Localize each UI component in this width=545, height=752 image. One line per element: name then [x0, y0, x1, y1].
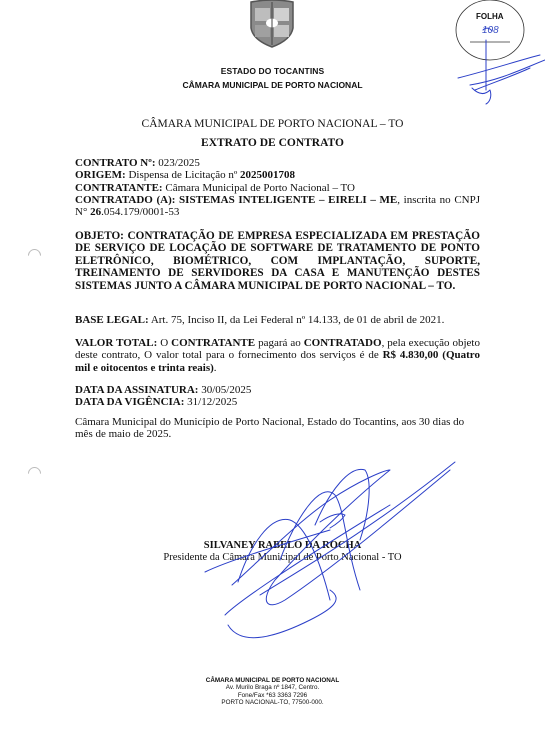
document-title: CÂMARA MUNICIPAL DE PORTO NACIONAL – TO [0, 118, 545, 130]
folha-number: 108 [482, 25, 499, 36]
signatory-role: Presidente da Câmara Municipal de Porto … [0, 552, 545, 563]
objeto-block: OBJETO: CONTRATAÇÃO DE EMPRESA ESPECIALI… [75, 230, 480, 292]
dates-block: DATA DA ASSINATURA: 30/05/2025 DATA DA V… [75, 384, 480, 409]
footer-address: CÂMARA MUNICIPAL DE PORTO NACIONAL Av. M… [0, 677, 545, 706]
valor-total-block: VALOR TOTAL: O CONTRATANTE pagará ao CON… [75, 337, 480, 374]
handwritten-signature-icon [0, 0, 545, 752]
signatory-name: SILVANEY RABELO DA ROCHA [0, 540, 545, 551]
header-institution: CÂMARA MUNICIPAL DE PORTO NACIONAL [0, 80, 545, 90]
contratante-row: CONTRATANTE: Câmara Municipal de Porto N… [75, 182, 480, 194]
punch-hole-mark [25, 464, 43, 482]
municipal-crest-icon [247, 0, 297, 48]
folha-stamp: FOLHA 108 [452, 0, 532, 78]
base-legal-row: BASE LEGAL: Art. 75, Inciso II, da Lei F… [75, 314, 480, 326]
contratado-row: CONTRATADO (A): SISTEMAS INTELIGENTE – E… [75, 194, 480, 219]
folha-label: FOLHA [476, 12, 504, 21]
origem-row: ORIGEM: Dispensa de Licitação nº 2025001… [75, 169, 480, 181]
closing-paragraph: Câmara Municipal do Município de Porto N… [75, 416, 475, 441]
document-subtitle: EXTRATO DE CONTRATO [0, 137, 545, 149]
data-vigencia-row: DATA DA VIGÊNCIA: 31/12/2025 [75, 396, 480, 408]
punch-hole-mark [25, 246, 43, 264]
contrato-row: CONTRATO Nº: 023/2025 [75, 157, 480, 169]
data-assinatura-row: DATA DA ASSINATURA: 30/05/2025 [75, 384, 480, 396]
contract-header-block: CONTRATO Nº: 023/2025 ORIGEM: Dispensa d… [75, 157, 480, 218]
